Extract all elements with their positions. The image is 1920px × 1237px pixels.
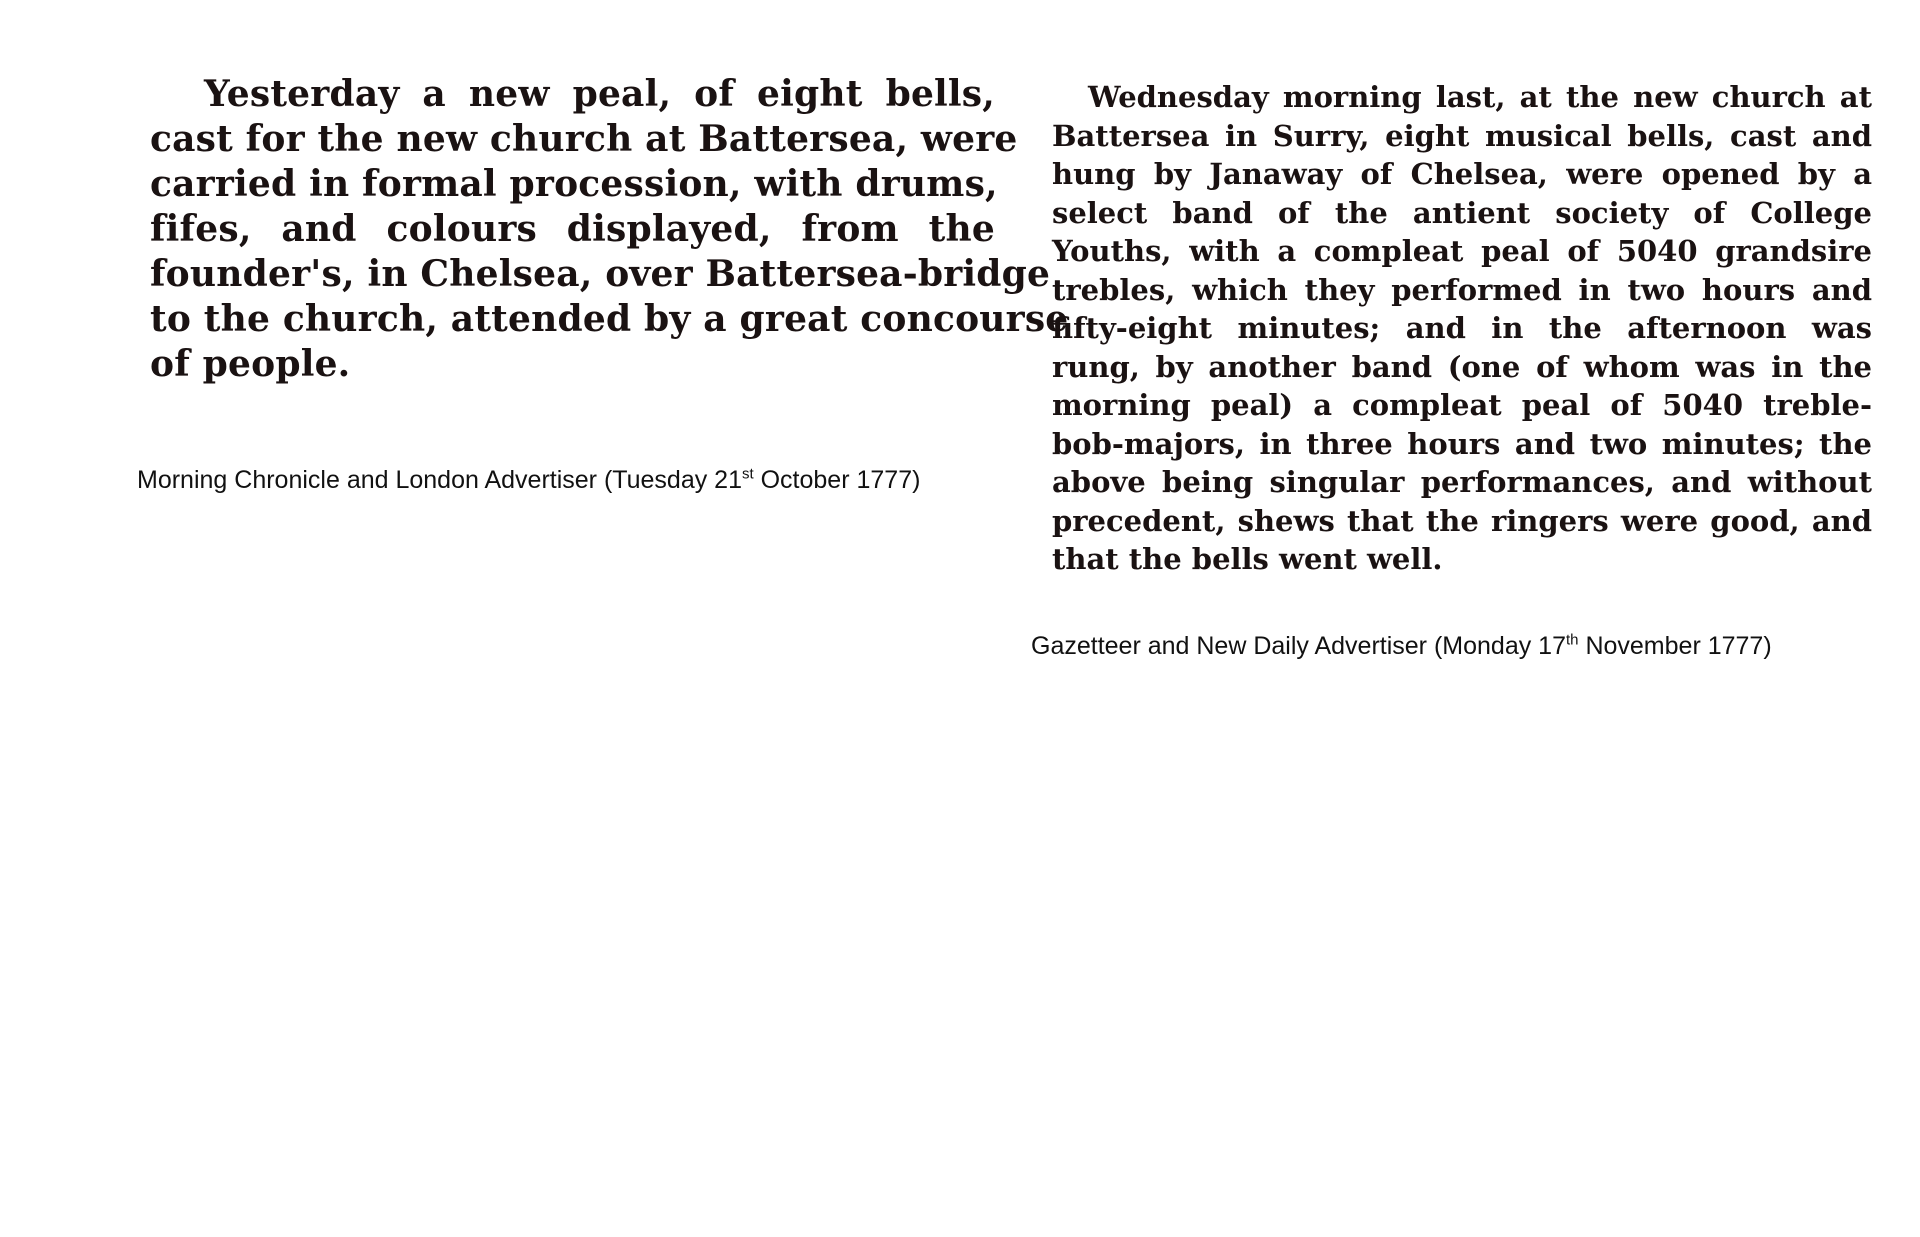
newspaper-clipping-gazetteer: Wednesday morning last, at the new churc… — [1052, 78, 1872, 579]
clipping-line: founder's, in Chelsea, over Battersea-br… — [150, 252, 995, 297]
newspaper-clipping-morning-chronicle: Yesterday a new peal, of eight bells, ca… — [150, 72, 995, 387]
clipping-line: rung, by another band (one of whom was i… — [1052, 348, 1872, 387]
caption-text: November 1777) — [1579, 632, 1772, 660]
clipping-line: that the bells went well. — [1052, 540, 1872, 579]
clipping-line: of people. — [150, 342, 995, 387]
clipping-line: above being singular performances, and w… — [1052, 463, 1872, 502]
caption-gazetteer: Gazetteer and New Daily Advertiser (Mond… — [1031, 627, 1911, 665]
clipping-line: Battersea in Surry, eight musical bells,… — [1052, 117, 1872, 156]
clipping-line: morning peal) a compleat peal of 5040 tr… — [1052, 386, 1872, 425]
clipping-line: bob-majors, in three hours and two minut… — [1052, 425, 1872, 464]
clipping-line: trebles, which they performed in two hou… — [1052, 271, 1872, 310]
clipping-line: Youths, with a compleat peal of 5040 gra… — [1052, 232, 1872, 271]
caption-text: October 1777) — [754, 466, 921, 494]
clipping-line: to the church, attended by a great conco… — [150, 297, 995, 342]
caption-text: Morning Chronicle and London Advertiser … — [137, 466, 742, 494]
caption-superscript: th — [1566, 632, 1579, 649]
clipping-line: Wednesday morning last, at the new churc… — [1052, 78, 1872, 117]
clipping-line: fifty-eight minutes; and in the afternoo… — [1052, 309, 1872, 348]
caption-superscript: st — [742, 466, 754, 483]
clipping-line: precedent, shews that the ringers were g… — [1052, 502, 1872, 541]
clipping-line: carried in formal procession, with drums… — [150, 162, 995, 207]
clipping-line: hung by Janaway of Chelsea, were opened … — [1052, 155, 1872, 194]
clipping-line: fifes, and colours displayed, from the — [150, 207, 995, 252]
clipping-line: select band of the antient society of Co… — [1052, 194, 1872, 233]
caption-morning-chronicle: Morning Chronicle and London Advertiser … — [137, 461, 957, 499]
caption-text: Gazetteer and New Daily Advertiser (Mond… — [1031, 632, 1566, 660]
clipping-line: Yesterday a new peal, of eight bells, — [150, 72, 995, 117]
clipping-line: cast for the new church at Battersea, we… — [150, 117, 995, 162]
